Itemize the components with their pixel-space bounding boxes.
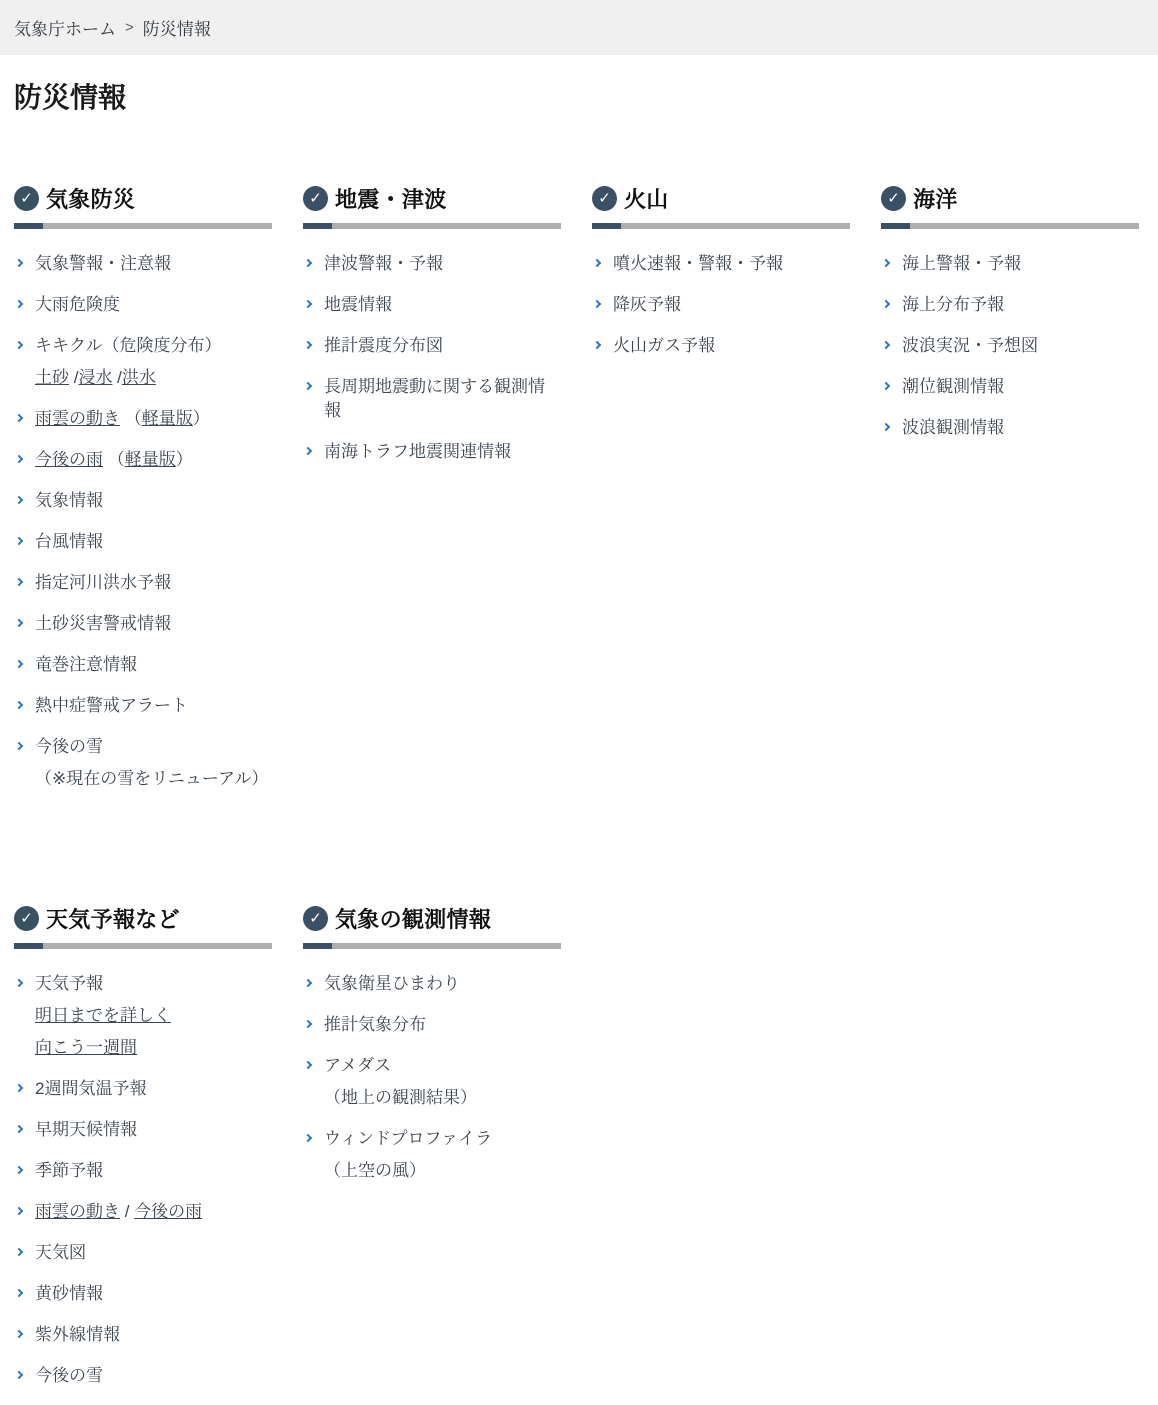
item-line: 推計気象分布: [303, 1013, 561, 1037]
list-item: 海上警報・予報: [881, 252, 1139, 276]
item-line: 推計震度分布図: [303, 334, 561, 358]
chevron-right-icon: [304, 381, 312, 389]
chevron-right-icon: [15, 258, 23, 266]
chevron-right-icon: [15, 1124, 23, 1132]
item-link[interactable]: 黄砂情報: [35, 1284, 103, 1303]
item-link[interactable]: 大雨危険度: [35, 295, 120, 314]
item-line: 天気予報: [14, 972, 272, 996]
chevron-right-icon: [15, 577, 23, 585]
item-line: ウィンドプロファイラ: [303, 1127, 561, 1151]
item-line: 長周期地震動に関する観測情報: [303, 375, 561, 423]
item-link[interactable]: 波浪観測情報: [902, 418, 1004, 437]
item-line: 大雨危険度: [14, 293, 272, 317]
section-underline: [303, 943, 561, 949]
item-link[interactable]: 軽量版: [142, 409, 193, 428]
list-item: 指定河川洪水予報: [14, 571, 272, 595]
section-jishin-tsunami: ✓地震・津波津波警報・予報地震情報推計震度分布図長周期地震動に関する観測情報南海…: [303, 183, 561, 481]
breadcrumb-separator: >: [125, 19, 134, 36]
item-link[interactable]: 推計気象分布: [324, 1015, 426, 1034]
section-header: ✓気象の観測情報: [303, 903, 561, 934]
item-text: ）: [176, 450, 193, 469]
section-title: 火山: [624, 183, 669, 214]
chevron-right-icon: [15, 536, 23, 544]
item-link[interactable]: 推計震度分布図: [324, 336, 443, 355]
item-line: 降灰予報: [592, 293, 850, 317]
item-line: 気象警報・注意報: [14, 252, 272, 276]
chevron-right-icon: [15, 1329, 23, 1337]
chevron-right-icon: [593, 340, 601, 348]
chevron-right-icon: [593, 258, 601, 266]
item-line: 台風情報: [14, 530, 272, 554]
item-link[interactable]: 土砂災害警戒情報: [35, 614, 171, 633]
breadcrumb-home-link[interactable]: 気象庁ホーム: [14, 15, 116, 40]
chevron-right-icon: [15, 1288, 23, 1296]
item-line: 波浪実況・予想図: [881, 334, 1139, 358]
list-item: 波浪実況・予想図: [881, 334, 1139, 358]
section-item-list: 海上警報・予報海上分布予報波浪実況・予想図潮位観測情報波浪観測情報: [881, 252, 1139, 440]
item-line: 潮位観測情報: [881, 375, 1139, 399]
list-item: 津波警報・予報: [303, 252, 561, 276]
list-item: 推計気象分布: [303, 1013, 561, 1037]
item-link[interactable]: 熱中症警戒アラート: [35, 696, 188, 715]
list-item: 気象情報: [14, 489, 272, 513]
list-item: 2週間気温予報: [14, 1077, 272, 1101]
check-circle-icon: ✓: [14, 186, 39, 211]
chevron-right-icon: [15, 978, 23, 986]
item-line: 土砂 /浸水 /洪水: [14, 366, 272, 390]
item-line: 2週間気温予報: [14, 1077, 272, 1101]
item-text: /: [120, 1202, 134, 1221]
list-item: 南海トラフ地震関連情報: [303, 440, 561, 464]
list-item: ウィンドプロファイラ（上空の風）: [303, 1127, 561, 1183]
item-line: 指定河川洪水予報: [14, 571, 272, 595]
page-title: 防災情報: [14, 81, 1144, 115]
list-item: 雨雲の動き （軽量版）: [14, 407, 272, 431]
list-item: 噴火速報・警報・予報: [592, 252, 850, 276]
chevron-right-icon: [15, 659, 23, 667]
item-line: 今後の雪: [14, 735, 272, 759]
list-item: 紫外線情報: [14, 1323, 272, 1347]
item-line: アメダス: [303, 1054, 561, 1078]
section-underline: [881, 223, 1139, 229]
list-item: 今後の雪: [14, 1364, 272, 1388]
list-item: 海上分布予報: [881, 293, 1139, 317]
list-item: 推計震度分布図: [303, 334, 561, 358]
breadcrumb: 気象庁ホーム > 防災情報: [0, 0, 1158, 55]
list-item: 雨雲の動き / 今後の雨: [14, 1200, 272, 1224]
item-line: 今後の雨 （軽量版）: [14, 448, 272, 472]
chevron-right-icon: [882, 381, 890, 389]
chevron-right-icon: [15, 299, 23, 307]
item-link[interactable]: 軽量版: [125, 450, 176, 469]
item-link[interactable]: 紫外線情報: [35, 1325, 120, 1344]
item-link[interactable]: 火山ガス予報: [613, 336, 715, 355]
item-line: （上空の風）: [303, 1159, 561, 1183]
item-line: 明日までを詳しく: [14, 1004, 272, 1028]
section-title: 天気予報など: [46, 903, 180, 934]
check-circle-icon: ✓: [14, 906, 39, 931]
item-link[interactable]: 指定河川洪水予報: [35, 573, 171, 592]
item-line: 土砂災害警戒情報: [14, 612, 272, 636]
item-link[interactable]: 早期天候情報: [35, 1120, 137, 1139]
item-link[interactable]: 明日までを詳しく: [35, 1006, 171, 1025]
chevron-right-icon: [304, 340, 312, 348]
section-kaiyo: ✓海洋海上警報・予報海上分布予報波浪実況・予想図潮位観測情報波浪観測情報: [881, 183, 1139, 457]
chevron-right-icon: [15, 1165, 23, 1173]
chevron-right-icon: [882, 422, 890, 430]
item-link[interactable]: 今後の雪: [35, 1366, 103, 1385]
item-link[interactable]: 海上分布予報: [902, 295, 1004, 314]
item-link[interactable]: 向こう一週間: [35, 1038, 137, 1057]
list-item: 気象警報・注意報: [14, 252, 272, 276]
section-header: ✓気象防災: [14, 183, 272, 214]
chevron-right-icon: [304, 1133, 312, 1141]
section-item-list: 噴火速報・警報・予報降灰予報火山ガス予報: [592, 252, 850, 358]
item-line: 気象情報: [14, 489, 272, 513]
section-underline: [14, 223, 272, 229]
list-item: 天気予報明日までを詳しく向こう一週間: [14, 972, 272, 1060]
chevron-right-icon: [15, 1206, 23, 1214]
chevron-right-icon: [882, 258, 890, 266]
list-item: 竜巻注意情報: [14, 653, 272, 677]
chevron-right-icon: [15, 454, 23, 462]
item-link[interactable]: ウィンドプロファイラ: [324, 1129, 492, 1148]
item-line: 黄砂情報: [14, 1282, 272, 1306]
item-link[interactable]: 土砂: [35, 368, 69, 387]
list-item: 潮位観測情報: [881, 375, 1139, 399]
item-line: キキクル（危険度分布）: [14, 334, 272, 358]
item-line: 南海トラフ地震関連情報: [303, 440, 561, 464]
section-row: ✓気象防災気象警報・注意報大雨危険度キキクル（危険度分布）土砂 /浸水 /洪水雨…: [14, 183, 1144, 808]
item-line: 熱中症警戒アラート: [14, 694, 272, 718]
section-kisho-bosai: ✓気象防災気象警報・注意報大雨危険度キキクル（危険度分布）土砂 /浸水 /洪水雨…: [14, 183, 272, 808]
item-line: 天気図: [14, 1241, 272, 1265]
list-item: 黄砂情報: [14, 1282, 272, 1306]
chevron-right-icon: [304, 446, 312, 454]
item-line: 波浪観測情報: [881, 416, 1139, 440]
section-header: ✓火山: [592, 183, 850, 214]
item-link[interactable]: 降灰予報: [613, 295, 681, 314]
item-text: （: [103, 450, 125, 469]
chevron-right-icon: [15, 618, 23, 626]
item-line: 紫外線情報: [14, 1323, 272, 1347]
section-underline: [14, 943, 272, 949]
item-line: 雨雲の動き / 今後の雨: [14, 1200, 272, 1224]
list-item: 波浪観測情報: [881, 416, 1139, 440]
item-link[interactable]: 長周期地震動に関する観測情報: [324, 377, 545, 420]
chevron-right-icon: [593, 299, 601, 307]
chevron-right-icon: [882, 299, 890, 307]
chevron-right-icon: [304, 978, 312, 986]
item-link[interactable]: 今後の雨: [35, 450, 103, 469]
list-item: 気象衛星ひまわり: [303, 972, 561, 996]
section-item-list: 天気予報明日までを詳しく向こう一週間2週間気温予報早期天候情報季節予報雨雲の動き…: [14, 972, 272, 1388]
sections-container: ✓気象防災気象警報・注意報大雨危険度キキクル（危険度分布）土砂 /浸水 /洪水雨…: [0, 183, 1158, 1405]
item-link[interactable]: 海上警報・予報: [902, 254, 1021, 273]
item-link[interactable]: 地震情報: [324, 295, 392, 314]
section-header: ✓海洋: [881, 183, 1139, 214]
item-link[interactable]: 天気予報: [35, 974, 103, 993]
item-line: （地上の観測結果）: [303, 1086, 561, 1110]
item-link[interactable]: 気象衛星ひまわり: [324, 974, 460, 993]
item-line: 気象衛星ひまわり: [303, 972, 561, 996]
list-item: 熱中症警戒アラート: [14, 694, 272, 718]
section-item-list: 気象衛星ひまわり推計気象分布アメダス（地上の観測結果）ウィンドプロファイラ（上空…: [303, 972, 561, 1183]
item-line: 竜巻注意情報: [14, 653, 272, 677]
section-title: 気象防災: [46, 183, 135, 214]
list-item: 大雨危険度: [14, 293, 272, 317]
item-line: 季節予報: [14, 1159, 272, 1183]
item-link[interactable]: 浸水: [78, 368, 112, 387]
item-line: 向こう一週間: [14, 1036, 272, 1060]
item-link[interactable]: 波浪実況・予想図: [902, 336, 1038, 355]
list-item: 台風情報: [14, 530, 272, 554]
section-kansoku-joho: ✓気象の観測情報気象衛星ひまわり推計気象分布アメダス（地上の観測結果）ウィンドプ…: [303, 903, 561, 1200]
list-item: 地震情報: [303, 293, 561, 317]
list-item: 土砂災害警戒情報: [14, 612, 272, 636]
check-circle-icon: ✓: [592, 186, 617, 211]
chevron-right-icon: [15, 741, 23, 749]
chevron-right-icon: [15, 1083, 23, 1091]
item-link[interactable]: キキクル（危険度分布）: [35, 336, 222, 355]
item-link[interactable]: 南海トラフ地震関連情報: [324, 442, 511, 461]
item-link[interactable]: 洪水: [122, 368, 156, 387]
item-line: 早期天候情報: [14, 1118, 272, 1142]
check-circle-icon: ✓: [303, 186, 328, 211]
list-item: 火山ガス予報: [592, 334, 850, 358]
item-link[interactable]: 気象警報・注意報: [35, 254, 171, 273]
item-line: 今後の雪: [14, 1364, 272, 1388]
item-text: （※現在の雪をリニューアル）: [35, 769, 268, 788]
section-title: 海洋: [913, 183, 958, 214]
chevron-right-icon: [304, 258, 312, 266]
item-link[interactable]: 今後の雪: [35, 737, 103, 756]
breadcrumb-current: 防災情報: [143, 15, 211, 40]
item-link[interactable]: 雨雲の動き: [35, 409, 120, 428]
item-line: 噴火速報・警報・予報: [592, 252, 850, 276]
section-underline: [592, 223, 850, 229]
item-text: （: [120, 409, 142, 428]
item-line: （※現在の雪をリニューアル）: [14, 767, 272, 791]
item-link[interactable]: 噴火速報・警報・予報: [613, 254, 783, 273]
list-item: 早期天候情報: [14, 1118, 272, 1142]
item-link[interactable]: 今後の雨: [134, 1202, 202, 1221]
item-link[interactable]: 気象情報: [35, 491, 103, 510]
list-item: アメダス（地上の観測結果）: [303, 1054, 561, 1110]
section-tenki-yoho: ✓天気予報など天気予報明日までを詳しく向こう一週間2週間気温予報早期天候情報季節…: [14, 903, 272, 1405]
list-item: 長周期地震動に関する観測情報: [303, 375, 561, 423]
item-line: 津波警報・予報: [303, 252, 561, 276]
list-item: 降灰予報: [592, 293, 850, 317]
list-item: キキクル（危険度分布）土砂 /浸水 /洪水: [14, 334, 272, 390]
section-title: 地震・津波: [335, 183, 447, 214]
chevron-right-icon: [304, 1060, 312, 1068]
chevron-right-icon: [15, 340, 23, 348]
chevron-right-icon: [15, 1370, 23, 1378]
check-circle-icon: ✓: [303, 906, 328, 931]
item-text: /: [112, 368, 121, 387]
item-line: 海上警報・予報: [881, 252, 1139, 276]
list-item: 今後の雪（※現在の雪をリニューアル）: [14, 735, 272, 791]
item-link[interactable]: 雨雲の動き: [35, 1202, 120, 1221]
section-item-list: 気象警報・注意報大雨危険度キキクル（危険度分布）土砂 /浸水 /洪水雨雲の動き …: [14, 252, 272, 791]
list-item: 今後の雨 （軽量版）: [14, 448, 272, 472]
item-link[interactable]: 天気図: [35, 1243, 86, 1262]
section-title: 気象の観測情報: [335, 903, 491, 934]
list-item: 天気図: [14, 1241, 272, 1265]
item-text: ）: [193, 409, 210, 428]
item-link[interactable]: 潮位観測情報: [902, 377, 1004, 396]
section-item-list: 津波警報・予報地震情報推計震度分布図長周期地震動に関する観測情報南海トラフ地震関…: [303, 252, 561, 464]
section-header: ✓地震・津波: [303, 183, 561, 214]
item-link[interactable]: 季節予報: [35, 1161, 103, 1180]
item-text: （地上の観測結果）: [324, 1088, 477, 1107]
section-header: ✓天気予報など: [14, 903, 272, 934]
chevron-right-icon: [304, 1019, 312, 1027]
chevron-right-icon: [15, 413, 23, 421]
chevron-right-icon: [15, 700, 23, 708]
section-underline: [303, 223, 561, 229]
chevron-right-icon: [15, 495, 23, 503]
item-link[interactable]: アメダス: [324, 1056, 391, 1075]
section-kazan: ✓火山噴火速報・警報・予報降灰予報火山ガス予報: [592, 183, 850, 375]
section-row: ✓天気予報など天気予報明日までを詳しく向こう一週間2週間気温予報早期天候情報季節…: [14, 903, 1144, 1405]
item-link[interactable]: 台風情報: [35, 532, 103, 551]
item-line: 海上分布予報: [881, 293, 1139, 317]
chevron-right-icon: [304, 299, 312, 307]
chevron-right-icon: [882, 340, 890, 348]
chevron-right-icon: [15, 1247, 23, 1255]
item-link[interactable]: 竜巻注意情報: [35, 655, 137, 674]
item-line: 地震情報: [303, 293, 561, 317]
item-link[interactable]: 津波警報・予報: [324, 254, 443, 273]
list-item: 季節予報: [14, 1159, 272, 1183]
item-text: （上空の風）: [324, 1161, 426, 1180]
check-circle-icon: ✓: [881, 186, 906, 211]
item-line: 火山ガス予報: [592, 334, 850, 358]
item-line: 雨雲の動き （軽量版）: [14, 407, 272, 431]
item-link[interactable]: 2週間気温予報: [35, 1079, 146, 1098]
